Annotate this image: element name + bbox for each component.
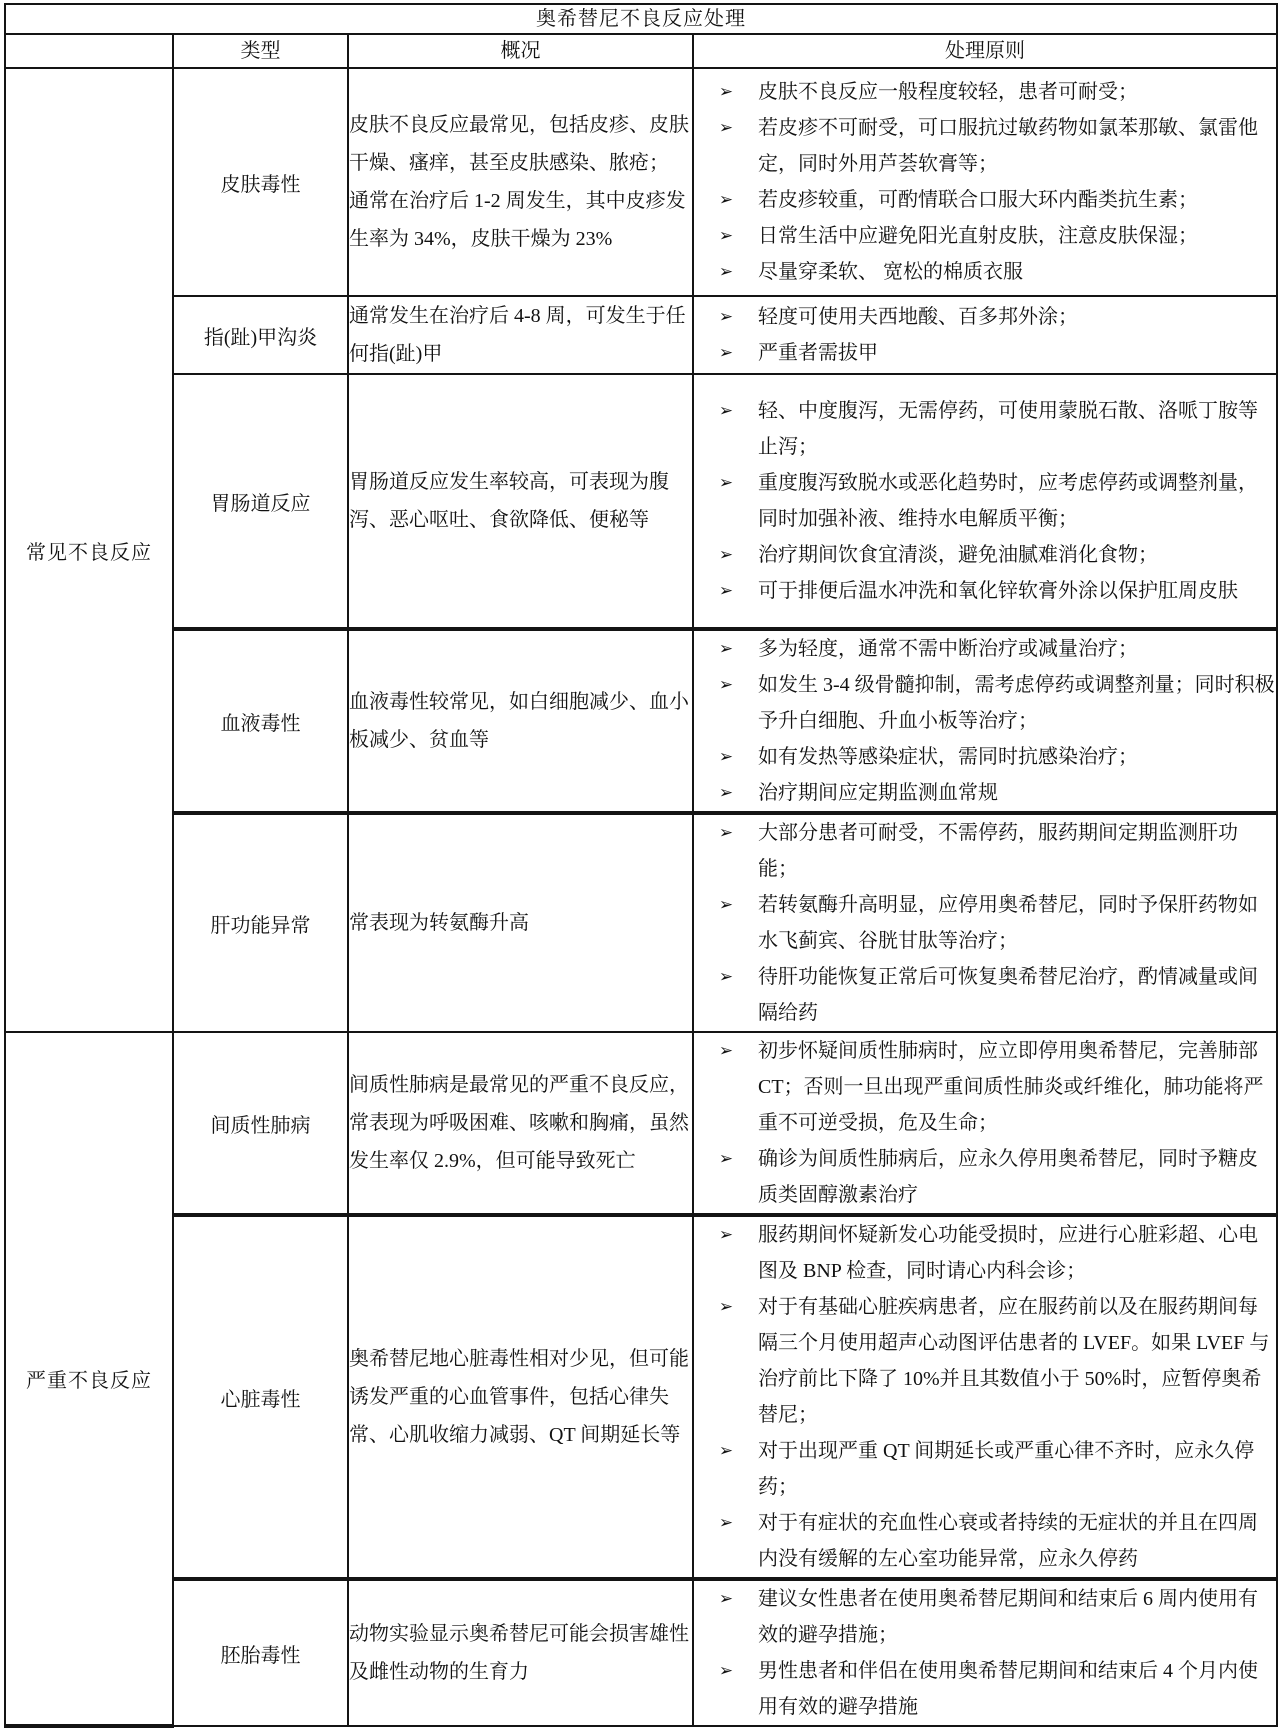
principles-cell: ➢多为轻度，通常不需中断治疗或减量治疗； ➢如发生 3-4 级骨髓抑制，需考虑停… [693,629,1277,813]
overview-paragraph: 常表现为转氨酶升高 [349,904,692,942]
overview-paragraph: 动物实验显示奥希替尼可能会损害雄性及雌性动物的生育力 [349,1615,692,1691]
overview-paragraph: 胃肠道反应发生率较高，可表现为腹泻、恶心呕吐、食欲降低、便秘等 [349,463,692,539]
principles-cell: ➢初步怀疑间质性肺病时，应立即停用奥希替尼，完善肺部 CT；否则一旦出现严重间质… [693,1032,1277,1215]
principle-text: 尽量穿柔软、 宽松的棉质衣服 [758,254,1276,290]
table-row-interstitial-lung-disease: 严重不良反应 间质性肺病 间质性肺病是最常见的严重不良反应，常表现为呼吸困难、咳… [5,1032,1277,1215]
overview-paragraph: 皮肤不良反应最常见，包括皮疹、皮肤干燥、瘙痒，甚至皮肤感染、脓疮； [349,106,692,182]
arrow-bullet-icon: ➢ [694,1433,758,1469]
principle-text: 若转氨酶升高明显，应停用奥希替尼，同时予保肝药物如水飞蓟宾、谷胱甘肽等治疗； [758,887,1276,959]
arrow-bullet-icon: ➢ [694,887,758,923]
principle-text: 对于有基础心脏疾病患者，应在服药前以及在服药期间每隔三个月使用超声心动图评估患者… [758,1289,1276,1433]
principles-cell: ➢轻度可使用夫西地酸、百多邦外涂； ➢严重者需拔甲 [693,296,1277,374]
arrow-bullet-icon: ➢ [694,254,758,290]
principle-item: ➢初步怀疑间质性肺病时，应立即停用奥希替尼，完善肺部 CT；否则一旦出现严重间质… [694,1033,1276,1141]
principle-item: ➢日常生活中应避免阳光直射皮肤，注意皮肤保湿； [694,218,1276,254]
principles-cell: ➢轻、中度腹泻，无需停药，可使用蒙脱石散、洛哌丁胺等止泻； ➢重度腹泻致脱水或恶… [693,374,1277,629]
arrow-bullet-icon: ➢ [694,631,758,667]
principle-item: ➢大部分患者可耐受，不需停药，服药期间定期监测肝功能； [694,815,1276,887]
arrow-bullet-icon: ➢ [694,959,758,995]
arrow-bullet-icon: ➢ [694,815,758,851]
arrow-bullet-icon: ➢ [694,775,758,811]
arrow-bullet-icon: ➢ [694,667,758,703]
principle-item: ➢对于有症状的充血性心衰或者持续的无症状的并且在四周内没有缓解的左心室功能异常，… [694,1505,1276,1577]
arrow-bullet-icon: ➢ [694,573,758,609]
principles-cell: ➢大部分患者可耐受，不需停药，服药期间定期监测肝功能； ➢若转氨酶升高明显，应停… [693,813,1277,1032]
type-cell: 心脏毒性 [173,1215,348,1579]
overview-cell: 血液毒性较常见，如白细胞减少、血小板减少、贫血等 [348,629,693,813]
col-header-group-empty [5,34,173,68]
arrow-bullet-icon: ➢ [694,393,758,429]
arrow-bullet-icon: ➢ [694,1141,758,1177]
principle-item: ➢重度腹泻致脱水或恶化趋势时，应考虑停药或调整剂量，同时加强补液、维持水电解质平… [694,465,1276,537]
arrow-bullet-icon: ➢ [694,1653,758,1689]
principle-item: ➢若皮疹不可耐受，可口服抗过敏药物如氯苯那敏、氯雷他定，同时外用芦荟软膏等； [694,110,1276,182]
overview-cell: 常表现为转氨酶升高 [348,813,693,1032]
overview-paragraph: 间质性肺病是最常见的严重不良反应，常表现为呼吸困难、咳嗽和胸痛，虽然发生率仅 2… [349,1066,692,1180]
principle-item: ➢服药期间怀疑新发心功能受损时，应进行心脏彩超、心电图及 BNP 检查，同时请心… [694,1217,1276,1289]
overview-cell: 动物实验显示奥希替尼可能会损害雄性及雌性动物的生育力 [348,1579,693,1726]
table-row-liver-function: 肝功能异常 常表现为转氨酶升高 ➢大部分患者可耐受，不需停药，服药期间定期监测肝… [5,813,1277,1032]
arrow-bullet-icon: ➢ [694,739,758,775]
principles-cell: ➢皮肤不良反应一般程度较轻，患者可耐受； ➢若皮疹不可耐受，可口服抗过敏药物如氯… [693,68,1277,296]
principle-item: ➢若皮疹较重，可酌情联合口服大环内酯类抗生素； [694,182,1276,218]
overview-cell: 奥希替尼地心脏毒性相对少见，但可能诱发严重的心血管事件，包括心律失常、心肌收缩力… [348,1215,693,1579]
overview-cell: 胃肠道反应发生率较高，可表现为腹泻、恶心呕吐、食欲降低、便秘等 [348,374,693,629]
principle-item: ➢轻度可使用夫西地酸、百多邦外涂； [694,299,1276,335]
principle-text: 建议女性患者在使用奥希替尼期间和结束后 6 周内使用有效的避孕措施； [758,1581,1276,1653]
table-row-gastrointestinal: 胃肠道反应 胃肠道反应发生率较高，可表现为腹泻、恶心呕吐、食欲降低、便秘等 ➢轻… [5,374,1277,629]
document-title: 奥希替尼不良反应处理 [5,4,1277,34]
overview-paragraph: 奥希替尼地心脏毒性相对少见，但可能诱发严重的心血管事件，包括心律失常、心肌收缩力… [349,1340,692,1454]
principles-cell: ➢建议女性患者在使用奥希替尼期间和结束后 6 周内使用有效的避孕措施； ➢男性患… [693,1579,1277,1726]
arrow-bullet-icon: ➢ [694,1217,758,1253]
scanned-document: 奥希替尼不良反应处理 类型 概况 处理原则 常见不良反应 皮肤毒性 皮肤不良反应… [4,3,1276,1728]
principle-text: 对于出现严重 QT 间期延长或严重心律不齐时，应永久停药； [758,1433,1276,1505]
principle-text: 待肝功能恢复正常后可恢复奥希替尼治疗，酌情减量或间隔给药 [758,959,1276,1031]
principle-text: 重度腹泻致脱水或恶化趋势时，应考虑停药或调整剂量，同时加强补液、维持水电解质平衡… [758,465,1276,537]
principle-text: 皮肤不良反应一般程度较轻，患者可耐受； [758,74,1276,110]
principle-text: 如有发热等感染症状，需同时抗感染治疗； [758,739,1276,775]
type-cell: 血液毒性 [173,629,348,813]
principle-text: 治疗期间应定期监测血常规 [758,775,1276,811]
arrow-bullet-icon: ➢ [694,74,758,110]
table-row-skin-toxicity: 常见不良反应 皮肤毒性 皮肤不良反应最常见，包括皮疹、皮肤干燥、瘙痒，甚至皮肤感… [5,68,1277,296]
arrow-bullet-icon: ➢ [694,1289,758,1325]
principle-item: ➢轻、中度腹泻，无需停药，可使用蒙脱石散、洛哌丁胺等止泻； [694,393,1276,465]
overview-cell: 皮肤不良反应最常见，包括皮疹、皮肤干燥、瘙痒，甚至皮肤感染、脓疮； 通常在治疗后… [348,68,693,296]
principle-text: 严重者需拔甲 [758,335,1276,371]
overview-cell: 间质性肺病是最常见的严重不良反应，常表现为呼吸困难、咳嗽和胸痛，虽然发生率仅 2… [348,1032,693,1215]
arrow-bullet-icon: ➢ [694,1505,758,1541]
adverse-reaction-table: 奥希替尼不良反应处理 类型 概况 处理原则 常见不良反应 皮肤毒性 皮肤不良反应… [4,3,1278,1728]
principle-item: ➢男性患者和伴侣在使用奥希替尼期间和结束后 4 个月内使用有效的避孕措施 [694,1653,1276,1725]
table-row-paronychia: 指(趾)甲沟炎 通常发生在治疗后 4-8 周，可发生于任何指(趾)甲 ➢轻度可使… [5,296,1277,374]
table-row-hematologic: 血液毒性 血液毒性较常见，如白细胞减少、血小板减少、贫血等 ➢多为轻度，通常不需… [5,629,1277,813]
principle-text: 可于排便后温水冲洗和氧化锌软膏外涂以保护肛周皮肤 [758,573,1276,609]
type-cell: 间质性肺病 [173,1032,348,1215]
principle-item: ➢可于排便后温水冲洗和氧化锌软膏外涂以保护肛周皮肤 [694,573,1276,609]
overview-paragraph: 通常发生在治疗后 4-8 周，可发生于任何指(趾)甲 [349,297,692,373]
principle-item: ➢皮肤不良反应一般程度较轻，患者可耐受； [694,74,1276,110]
principle-item: ➢严重者需拔甲 [694,335,1276,371]
arrow-bullet-icon: ➢ [694,1581,758,1617]
principle-item: ➢对于出现严重 QT 间期延长或严重心律不齐时，应永久停药； [694,1433,1276,1505]
arrow-bullet-icon: ➢ [694,218,758,254]
principle-text: 服药期间怀疑新发心功能受损时，应进行心脏彩超、心电图及 BNP 检查，同时请心内… [758,1217,1276,1289]
overview-paragraph: 通常在治疗后 1-2 周发生，其中皮疹发生率为 34%，皮肤干燥为 23% [349,182,692,258]
group-label-serious: 严重不良反应 [5,1032,173,1726]
principle-text: 初步怀疑间质性肺病时，应立即停用奥希替尼，完善肺部 CT；否则一旦出现严重间质性… [758,1033,1276,1141]
type-cell: 胚胎毒性 [173,1579,348,1726]
principle-text: 大部分患者可耐受，不需停药，服药期间定期监测肝功能； [758,815,1276,887]
principle-item: ➢待肝功能恢复正常后可恢复奥希替尼治疗，酌情减量或间隔给药 [694,959,1276,1031]
principle-item: ➢治疗期间应定期监测血常规 [694,775,1276,811]
principle-text: 轻度可使用夫西地酸、百多邦外涂； [758,299,1276,335]
principle-item: ➢对于有基础心脏疾病患者，应在服药前以及在服药期间每隔三个月使用超声心动图评估患… [694,1289,1276,1433]
principle-item: ➢多为轻度，通常不需中断治疗或减量治疗； [694,631,1276,667]
principle-item: ➢若转氨酶升高明显，应停用奥希替尼，同时予保肝药物如水飞蓟宾、谷胱甘肽等治疗； [694,887,1276,959]
principle-item: ➢确诊为间质性肺病后，应永久停用奥希替尼，同时予糖皮质类固醇激素治疗 [694,1141,1276,1213]
principle-item: ➢尽量穿柔软、 宽松的棉质衣服 [694,254,1276,290]
principle-item: ➢如发生 3-4 级骨髓抑制，需考虑停药或调整剂量；同时积极予升白细胞、升血小板… [694,667,1276,739]
principle-text: 轻、中度腹泻，无需停药，可使用蒙脱石散、洛哌丁胺等止泻； [758,393,1276,465]
arrow-bullet-icon: ➢ [694,110,758,146]
col-header-overview: 概况 [348,34,693,68]
principle-item: ➢如有发热等感染症状，需同时抗感染治疗； [694,739,1276,775]
arrow-bullet-icon: ➢ [694,537,758,573]
principle-text: 若皮疹不可耐受，可口服抗过敏药物如氯苯那敏、氯雷他定，同时外用芦荟软膏等； [758,110,1276,182]
table-row-embryo-toxicity: 胚胎毒性 动物实验显示奥希替尼可能会损害雄性及雌性动物的生育力 ➢建议女性患者在… [5,1579,1277,1726]
arrow-bullet-icon: ➢ [694,182,758,218]
principle-text: 日常生活中应避免阳光直射皮肤，注意皮肤保湿； [758,218,1276,254]
principle-text: 多为轻度，通常不需中断治疗或减量治疗； [758,631,1276,667]
principle-text: 治疗期间饮食宜清淡，避免油腻难消化食物； [758,537,1276,573]
type-cell: 皮肤毒性 [173,68,348,296]
type-cell: 指(趾)甲沟炎 [173,296,348,374]
arrow-bullet-icon: ➢ [694,1033,758,1069]
arrow-bullet-icon: ➢ [694,465,758,501]
principle-item: ➢建议女性患者在使用奥希替尼期间和结束后 6 周内使用有效的避孕措施； [694,1581,1276,1653]
table-row-cardiac-toxicity: 心脏毒性 奥希替尼地心脏毒性相对少见，但可能诱发严重的心血管事件，包括心律失常、… [5,1215,1277,1579]
overview-paragraph: 血液毒性较常见，如白细胞减少、血小板减少、贫血等 [349,683,692,759]
col-header-principles: 处理原则 [693,34,1277,68]
principle-text: 对于有症状的充血性心衰或者持续的无症状的并且在四周内没有缓解的左心室功能异常，应… [758,1505,1276,1577]
principle-item: ➢治疗期间饮食宜清淡，避免油腻难消化食物； [694,537,1276,573]
type-cell: 胃肠道反应 [173,374,348,629]
type-cell: 肝功能异常 [173,813,348,1032]
group-label-common: 常见不良反应 [5,68,173,1032]
principle-text: 若皮疹较重，可酌情联合口服大环内酯类抗生素； [758,182,1276,218]
arrow-bullet-icon: ➢ [694,335,758,371]
principle-text: 如发生 3-4 级骨髓抑制，需考虑停药或调整剂量；同时积极予升白细胞、升血小板等… [758,667,1276,739]
col-header-type: 类型 [173,34,348,68]
arrow-bullet-icon: ➢ [694,299,758,335]
overview-cell: 通常发生在治疗后 4-8 周，可发生于任何指(趾)甲 [348,296,693,374]
principles-cell: ➢服药期间怀疑新发心功能受损时，应进行心脏彩超、心电图及 BNP 检查，同时请心… [693,1215,1277,1579]
principle-text: 男性患者和伴侣在使用奥希替尼期间和结束后 4 个月内使用有效的避孕措施 [758,1653,1276,1725]
principle-text: 确诊为间质性肺病后，应永久停用奥希替尼，同时予糖皮质类固醇激素治疗 [758,1141,1276,1213]
